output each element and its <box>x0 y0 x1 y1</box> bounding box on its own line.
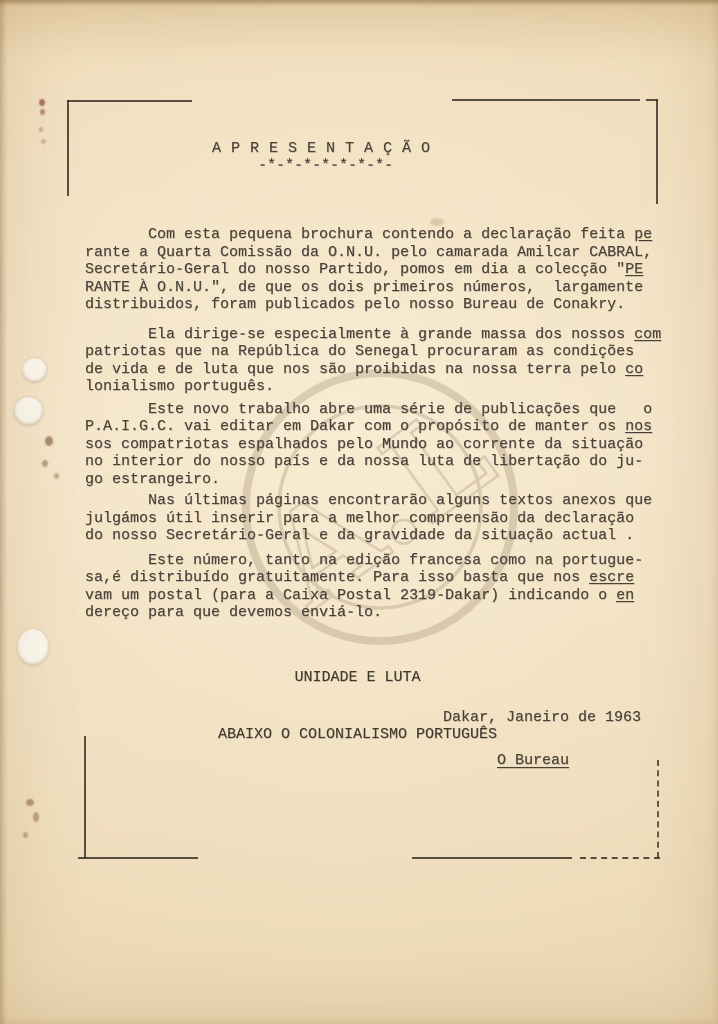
paragraph: Este número, tanto na edição francesa co… <box>85 552 685 622</box>
ink-stain <box>40 109 45 115</box>
frame-bottom-right-vertical <box>657 760 659 858</box>
text-line: no interior do nosso país e da nossa lut… <box>85 453 685 471</box>
text-line: Com esta pequena brochura contendo a dec… <box>85 226 685 244</box>
text-line: Este número, tanto na edição francesa co… <box>85 552 685 570</box>
text-line: distribuidos, foram publicados pelo noss… <box>85 296 685 314</box>
ink-stain <box>23 832 28 838</box>
frame-top-left-vertical <box>67 100 69 196</box>
title-ornament: -*-*-*-*-*-*-*- <box>258 157 393 174</box>
text-line: RANTE À O.N.U.", de que os dois primeiro… <box>85 279 685 297</box>
frame-top-left-horizontal <box>67 100 192 102</box>
frame-bottom-right-horizontal <box>412 857 572 859</box>
frame-bottom-right-horizontal-dash <box>580 857 660 859</box>
scan-edge-shadow-left <box>0 0 7 1024</box>
scanned-document-page: A.L A P R E S E N T A Ç Ã O -*-*-*-*-*-*… <box>0 0 718 1024</box>
punch-hole <box>22 358 47 383</box>
text-line: de vida e de luta que nos são proibidas … <box>85 361 685 379</box>
punch-hole <box>17 629 49 666</box>
text-line: rante a Quarta Comissão da O.N.U. pelo c… <box>85 244 685 262</box>
continuation-underline: en <box>616 587 634 604</box>
ink-stain <box>54 473 59 479</box>
text-line: Este novo trabalho abre uma série de pub… <box>85 401 685 419</box>
text-line: go estrangeiro. <box>85 471 685 489</box>
text-line: vam um postal (para a Caixa Postal 2319-… <box>85 587 685 605</box>
continuation-underline: pe <box>634 226 652 243</box>
ink-stain <box>45 436 53 446</box>
text-line: do nosso Secretário-Geral e da gravidade… <box>85 527 685 545</box>
document-body: Com esta pequena brochura contendo a dec… <box>85 226 685 622</box>
text-line: P.A.I.G.C. vai editar em Dakar com o pro… <box>85 418 685 436</box>
continuation-underline: nos <box>625 418 652 435</box>
text-line: Ela dirige-se especialmente à grande mas… <box>85 326 685 344</box>
document-title: A P R E S E N T A Ç Ã O <box>212 140 431 157</box>
scan-edge-shadow-top <box>0 0 718 6</box>
continuation-underline: PE <box>625 261 643 278</box>
text-line: sos compatriotas espalhados pelo Mundo a… <box>85 436 685 454</box>
frame-bottom-left-horizontal <box>78 857 198 859</box>
dateline: Dakar, Janeiro de 1963 <box>443 709 641 726</box>
text-line: Secretário-Geral do nosso Partido, pomos… <box>85 261 685 279</box>
paragraph: Este novo trabalho abre uma série de pub… <box>85 401 685 489</box>
paragraph: Com esta pequena brochura contendo a dec… <box>85 226 685 314</box>
slogan-line-unity: UNIDADE E LUTA <box>60 668 655 687</box>
paragraph: Nas últimas páginas encontrarão alguns t… <box>85 492 685 545</box>
slogan-line-colonialism: ABAIXO O COLONIALISMO PORTUGUÊS <box>60 725 655 744</box>
continuation-underline: com <box>634 326 661 343</box>
ink-stain <box>26 799 34 806</box>
signature: O Bureau <box>497 752 569 769</box>
text-line: julgámos útil inserir para a melhor comp… <box>85 510 685 528</box>
frame-top-right-vertical <box>656 99 660 204</box>
paper-blemish <box>430 218 444 226</box>
text-line: patriotas que na República do Senegal pr… <box>85 343 685 361</box>
text-line: lonialismo português. <box>85 378 685 396</box>
continuation-underline: escre <box>589 569 634 586</box>
frame-top-right-horizontal <box>452 99 640 101</box>
paragraph: Ela dirige-se especialmente à grande mas… <box>85 326 685 396</box>
punch-hole <box>14 397 43 426</box>
ink-stain <box>39 127 43 132</box>
ink-stain <box>42 460 48 467</box>
ink-stain <box>41 139 46 144</box>
ink-stain <box>33 812 39 822</box>
text-line: dereço para que devemos enviá-lo. <box>85 604 685 622</box>
continuation-underline: co <box>625 361 643 378</box>
text-line: Nas últimas páginas encontrarão alguns t… <box>85 492 685 510</box>
text-line: sa,é distribuído gratuitamente. Para iss… <box>85 569 685 587</box>
ink-stain <box>39 99 45 106</box>
